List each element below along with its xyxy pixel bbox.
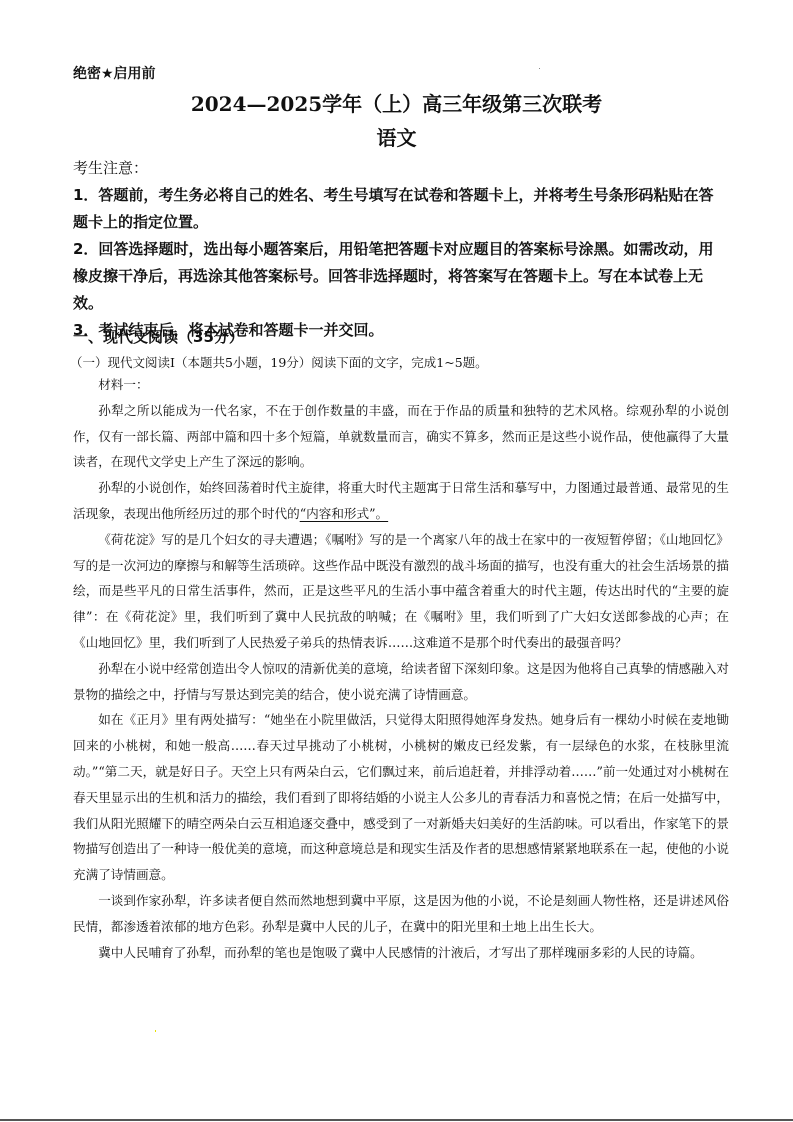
subsection-instructions: （一）现代文阅读Ⅰ（本题共5小题，19分）阅读下面的文字，完成1~5题。 [70,353,488,371]
exam-page: 绝密★启用前 2024—2025学年（上）高三年级第三次联考 语文 考生注意： … [0,0,793,1122]
page-bottom-rule [0,1119,793,1121]
paragraph-4: 孙犁在小说中经常创造出令人惊叹的清新优美的意境，给读者留下深刻印象。这是因为他将… [73,656,729,708]
section-heading: 一、现代文阅读（35分） [73,326,244,347]
paragraph-3: 《荷花淀》写的是几个妇女的寻夫遭遇；《嘱咐》写的是一个离家八年的战士在家中的一夜… [73,527,729,656]
notice-item-1: 1．答题前，考生务必将自己的姓名、考生号填写在试卷和答题卡上，并将考生号条形码粘… [73,182,728,236]
scan-speck [539,68,540,69]
exam-notice: 考生注意： 1．答题前，考生务必将自己的姓名、考生号填写在试卷和答题卡上，并将考… [73,155,728,344]
reading-material: 材料一： 孙犁之所以能成为一代名家，不在于创作数量的丰盛，而在于作品的质量和独特… [73,372,729,965]
paragraph-6: 一谈到作家孙犁，许多读者便自然而然地想到冀中平原，这是因为他的小说，不论是刻画人… [73,888,729,940]
confidential-label: 绝密★启用前 [73,63,156,83]
paragraph-2: 孙犁的小说创作，始终回荡着时代主旋律，将重大时代主题寓于日常生活和摹写中，力图通… [73,475,729,527]
exam-title: 2024—2025学年（上）高三年级第三次联考 [0,88,793,117]
paragraph-7: 冀中人民哺育了孙犁，而孙犁的笔也是饱吸了冀中人民感情的汁液后，才写出了那样瑰丽多… [73,940,729,966]
notice-heading: 考生注意： [73,155,728,182]
scan-speck [155,1030,156,1032]
material-label: 材料一： [73,372,729,398]
paragraph-2-text: 孙犁的小说创作，始终回荡着时代主旋律，将重大时代主题寓于日常生活和摹写中，力图通… [73,480,729,521]
paragraph-5: 如在《正月》里有两处描写：“她坐在小院里做活，只觉得太阳照得她浑身发热。她身后有… [73,707,729,888]
notice-item-2: 2．回答选择题时，选出每小题答案后，用铅笔把答题卡对应题目的答案标号涂黑。如需改… [73,236,728,317]
paragraph-1: 孙犁之所以能成为一代名家，不在于创作数量的丰盛，而在于作品的质量和独特的艺术风格… [73,398,729,475]
subject-title: 语文 [0,122,793,151]
underlined-phrase: “内容和形式”。 [300,506,388,521]
